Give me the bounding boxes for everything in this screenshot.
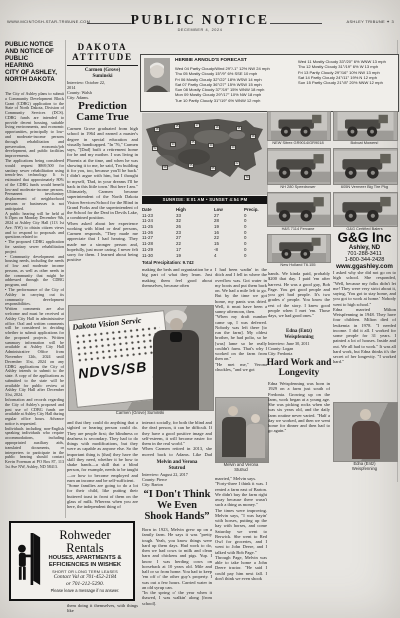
carmen-photo-caption: Carmen (Grove) Suminski <box>68 411 212 416</box>
edna-headline: Hard Work and Longevity <box>266 359 332 379</box>
map-temp-label: 38 <box>250 134 256 139</box>
new-holland-tractor-photo <box>267 234 331 263</box>
map-temp-label: 30 <box>208 143 214 148</box>
masthead-edition: ASHLEY TRIBUNE ✦ 3 <box>324 19 394 24</box>
edna-figure <box>352 409 380 459</box>
map-temp-label: 52 <box>152 146 158 151</box>
carmen-story-col3-continued: interact socially, for both the blind an… <box>142 420 212 458</box>
carmen-story-col2: Carmen Grove graduated from high school … <box>67 126 138 303</box>
open-door-icon <box>15 530 41 593</box>
forecast-title: HERBIE ARNOLD'S FORECAST <box>175 58 295 63</box>
masthead-date: DECEMBER 4, 2024 <box>160 28 240 32</box>
edna-interview-meta: Interview: June 30, 2011 County: Logan C… <box>268 341 330 356</box>
carmen-byline: Carmen (Grove) Suminski <box>67 68 138 80</box>
gg-caption-vermeer: 605N Vermeer Big Tire Pkg <box>333 184 396 189</box>
forecast-line: Tue 10 Partly Cloudy 31°/19° 6% WNW 12 m… <box>175 98 297 103</box>
gg-contact-block: G&G Inc Ashley, ND 701-288-3411 1-800-34… <box>333 231 396 270</box>
rohweder-ad-text: Rohweder Rentals HOUSES, APARTMENTS & EF… <box>41 529 129 594</box>
rohweder-ad-line2: EFFICIENCIES IN WISHEK <box>41 562 129 569</box>
carmen-sign-photo: Dakota Vision Servic NDVS/SB a Blind <box>68 305 214 411</box>
map-temp-label: 17 <box>194 123 200 128</box>
melvin-headline: “I Don't Think We Even Shook Hands” <box>142 490 212 523</box>
public-notice-title: PUBLIC NOTICE AND NOTICE OF PUBLIC HEARI… <box>5 42 64 84</box>
map-temp-label: 15 <box>174 124 180 129</box>
vermeer-baler-photo <box>333 148 398 185</box>
map-temp-label: 25 <box>190 140 196 145</box>
public-notice-body: The City of Ashley plans to submit a Com… <box>5 92 64 516</box>
rohweder-ad-note: Please leave a message if no answer. <box>41 588 129 593</box>
masthead-rule-right <box>270 23 322 24</box>
edna-photo-caption: Edna (Entz) Weispfenning <box>333 462 396 472</box>
newspaper-page: WWW.MCINTOSH-STAR-TRIBUNE.COM PUBLIC NOT… <box>0 0 400 618</box>
melvin-byline: Melvin and Verona Stutrud <box>142 460 212 472</box>
sunrise-sunset-bar: SUNRISE: 8:01 AM • SUNSET 4:54 PM <box>142 196 268 204</box>
melvin-verona-photo <box>215 397 269 463</box>
carmen-story-col3: making the beds and organization be a bi… <box>142 267 212 303</box>
melvin-story-col4-continued: married," Melvin says. "Forty-three I th… <box>215 476 267 616</box>
table-row: 11-301940 <box>142 253 268 259</box>
edna-story-col6: I asked why she did not go on to high sc… <box>333 270 396 398</box>
gg-caption-new-holland: New Holland T6.155 <box>267 262 329 267</box>
rohweder-ad-line1: HOUSES, APARTMENTS & <box>41 555 129 562</box>
gg-caption-sitrex: NEW Sitrex GR9014/GR9018 <box>267 140 329 145</box>
carmen-story-col2-tail: them doing it themselves, with things li… <box>67 603 138 615</box>
melvin-photo-caption: Melvin and Verona Stutrud <box>213 463 269 473</box>
gg-website: www.ggashley.com <box>333 263 396 270</box>
total-precipitation: Total Precipitation: 9.742 <box>142 260 268 265</box>
weather-map-temps: 28151718353852332530405855656270 <box>142 113 268 195</box>
map-temp-label: 70 <box>244 175 250 180</box>
gg-caption-bobcat: Bobcat Mowers! <box>333 140 396 145</box>
masthead-title: PUBLIC NOTICE <box>128 12 272 28</box>
melvin-interview-meta: Interview: August 22, 2017 County: Pierc… <box>142 472 212 487</box>
map-temp-label: 40 <box>230 145 236 150</box>
carmen-interview-meta: Interview: October 22, 2014 County: Wals… <box>67 80 138 100</box>
masthead-rule-left <box>87 23 131 24</box>
gg-caption-hs: H&S 7114 Fercane <box>267 226 329 231</box>
forecast-week1: Wed 04 Partly Cloudy/Wind 29°/-1° 12% NW… <box>175 66 297 103</box>
melvin-figure <box>222 406 246 457</box>
bobcat-mower-photo <box>333 111 398 141</box>
edna-story-col5: Edna Weispfenning was born in 1929 on a … <box>268 381 330 491</box>
map-temp-label: 55 <box>188 163 194 168</box>
edna-byline: Edna (Entz) Weispfenning <box>268 329 330 341</box>
sitrex-rake-photo <box>267 111 331 141</box>
gg-caption-speedrower: NH 280 Speedrower <box>267 184 329 189</box>
rohweder-ad-phone2: or 701-212-5290. <box>41 581 129 587</box>
us-weather-map: 28151718353852332530405855656270 <box>142 113 268 195</box>
verona-figure <box>246 414 265 458</box>
rohweder-ad-phone1: Contact Val at 701-452-2184 <box>41 574 129 580</box>
forecast-week2: Wed 11 Mostly Cloudy 33°/20° 6% WNW 13 m… <box>298 59 396 85</box>
map-temp-label: 28 <box>154 127 160 132</box>
rohweder-ad-title: Rohweder Rentals <box>41 529 129 555</box>
map-temp-label: 18 <box>214 125 220 130</box>
gg-baler-photo <box>333 192 398 227</box>
map-temp-label: 35 <box>236 126 242 131</box>
rohweder-rentals-ad: Rohweder Rentals HOUSES, APARTMENTS & EF… <box>9 521 135 601</box>
map-temp-label: 65 <box>210 166 216 171</box>
column-rule-left <box>65 40 66 518</box>
almanac-table: Date High Low Precip. 11-2333270 11-2432… <box>142 207 268 265</box>
melvin-story-col3: Born in 1923, Melvin grew up on a family… <box>142 527 212 617</box>
melvin-story-col5: hands. We kinda paid, probably $200 that… <box>268 271 330 327</box>
section-title-dakota-attitude: DAKOTA ATTITUDE <box>67 42 138 66</box>
carmen-story-col2-continued: and that they could do anything that a s… <box>67 420 138 519</box>
map-temp-label: 58 <box>162 165 168 170</box>
forecast-line: Sun 15 Partly Cloudy 21°/8° 20% NNW 12 m… <box>298 80 396 85</box>
gg-company-name: G&G Inc <box>333 231 396 245</box>
speedrower-photo <box>267 148 331 185</box>
edna-photo <box>333 402 398 462</box>
hs-rake-photo <box>267 192 331 227</box>
map-temp-label: 62 <box>234 161 240 166</box>
herbie-portrait-photo <box>144 58 170 92</box>
map-temp-label: 33 <box>170 142 176 147</box>
herbie-forecast-box: HERBIE ARNOLD'S FORECAST Wed 04 Partly C… <box>140 54 399 112</box>
melvin-story-col4: I had been wadin' in the ditch and I fel… <box>215 267 267 395</box>
carmen-headline: Prediction Came True <box>67 101 138 124</box>
